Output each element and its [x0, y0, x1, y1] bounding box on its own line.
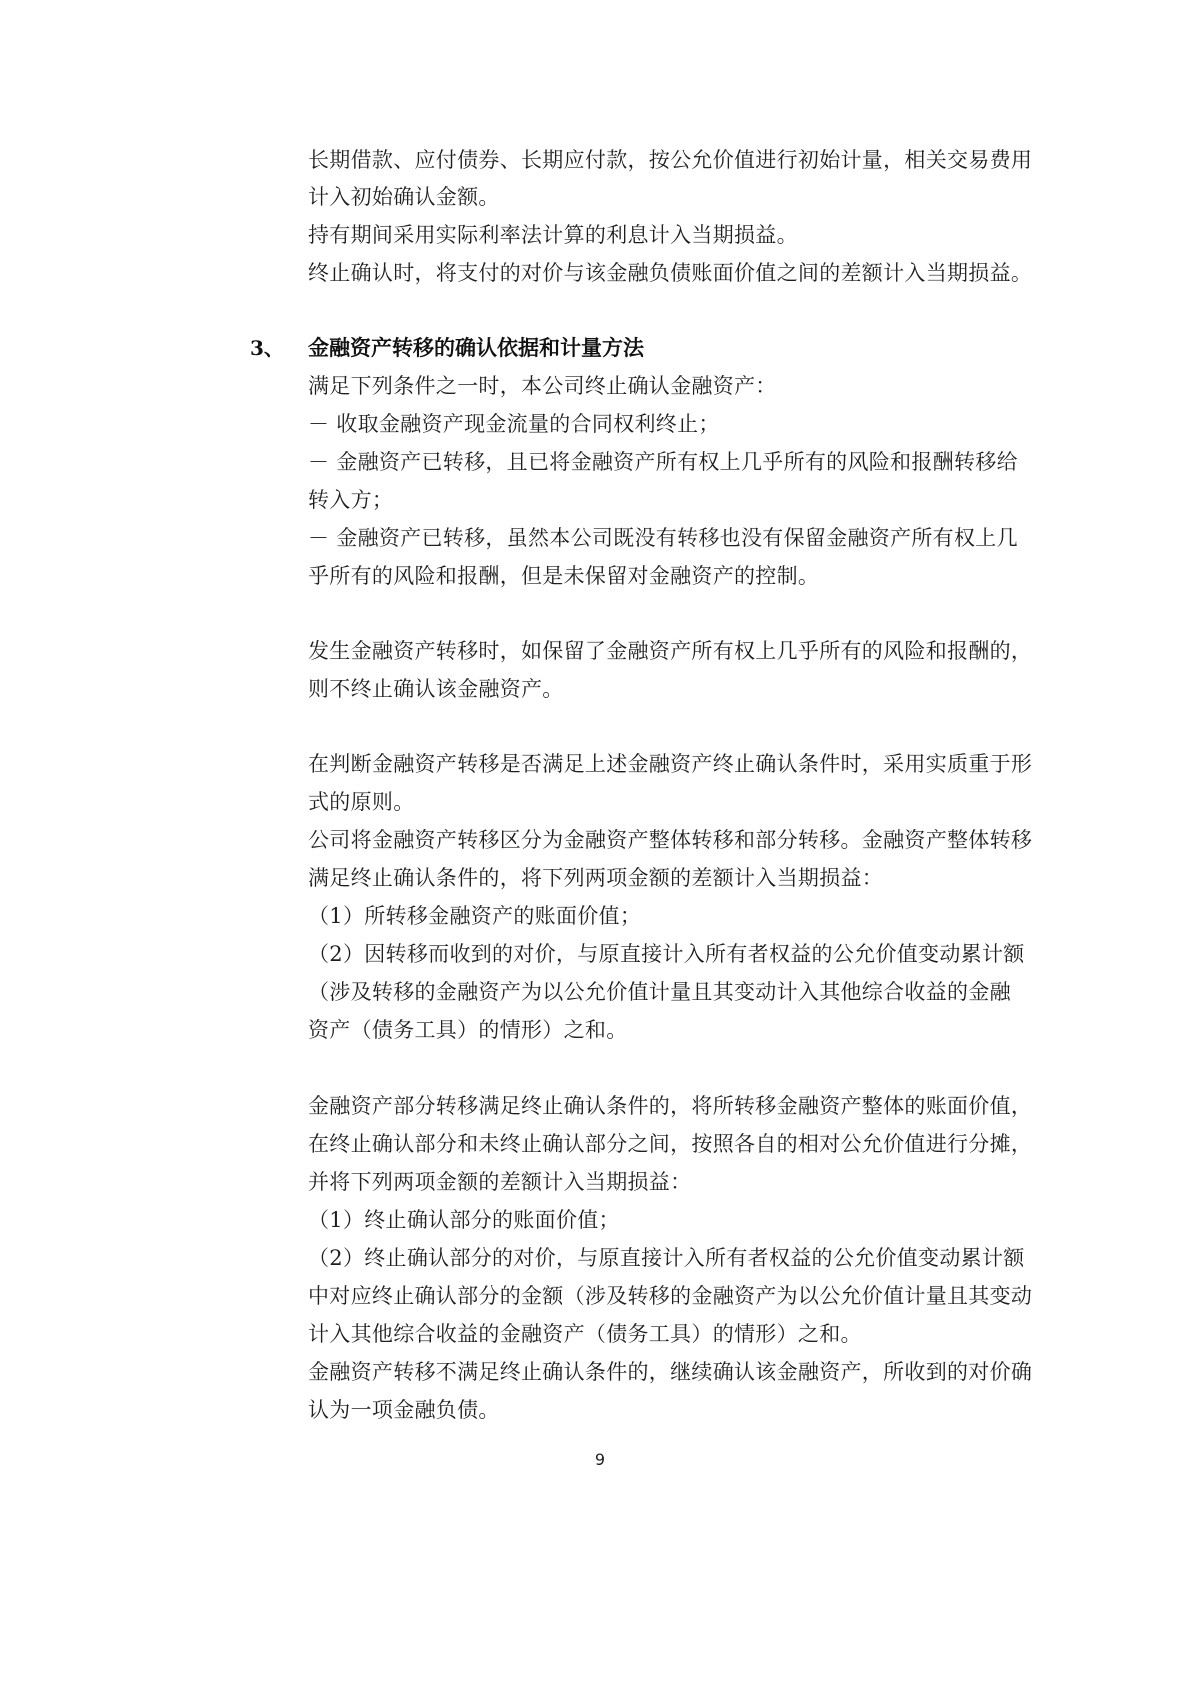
document-page: 长期借款、应付债券、长期应付款，按公允价值进行初始计量，相关交易费用 计入初始确… [0, 0, 1200, 1696]
judgement-line-7: （涉及转移的金融资产为以公允价值计量且其变动计入其他综合收益的金融 [308, 978, 1011, 1006]
intro-line-2: 计入初始确认金额。 [308, 183, 500, 211]
retained-line-1: 发生金融资产转移时，如保留了金融资产所有权上几乎所有的风险和报酬的， [308, 637, 1032, 665]
partial-line-9: 认为一项金融负债。 [308, 1396, 500, 1424]
page-number: 9 [0, 1450, 1200, 1469]
conditions-line-5: － 金融资产已转移，虽然本公司既没有转移也没有保留金融资产所有权上几 [308, 524, 1018, 552]
retained-line-2: 则不终止确认该金融资产。 [308, 675, 564, 703]
intro-line-1: 长期借款、应付债券、长期应付款，按公允价值进行初始计量，相关交易费用 [308, 146, 1032, 174]
conditions-line-1: 满足下列条件之一时，本公司终止确认金融资产： [308, 372, 777, 400]
conditions-line-6: 乎所有的风险和报酬，但是未保留对金融资产的控制。 [308, 562, 819, 590]
intro-line-4: 终止确认时，将支付的对价与该金融负债账面价值之间的差额计入当期损益。 [308, 259, 1032, 287]
intro-line-3: 持有期间采用实际利率法计算的利息计入当期损益。 [308, 221, 798, 249]
judgement-line-5: （1）所转移金融资产的账面价值； [308, 902, 641, 930]
judgement-line-3: 公司将金融资产转移区分为金融资产整体转移和部分转移。金融资产整体转移 [308, 826, 1032, 854]
partial-line-6: 中对应终止确认部分的金额（涉及转移的金融资产为以公允价值计量且其变动 [308, 1282, 1032, 1310]
judgement-line-6: （2）因转移而收到的对价，与原直接计入所有者权益的公允价值变动累计额 [308, 940, 1025, 968]
partial-line-2: 在终止确认部分和未终止确认部分之间，按照各自的相对公允价值进行分摊， [308, 1130, 1032, 1158]
conditions-line-4: 转入方； [308, 486, 393, 514]
conditions-line-3: － 金融资产已转移，且已将金融资产所有权上几乎所有的风险和报酬转移给 [308, 448, 1018, 476]
judgement-line-4: 满足终止确认条件的，将下列两项金额的差额计入当期损益： [308, 864, 883, 892]
partial-line-8: 金融资产转移不满足终止确认条件的，继续确认该金融资产，所收到的对价确 [308, 1358, 1032, 1386]
partial-line-4: （1）终止确认部分的账面价值； [308, 1206, 620, 1234]
judgement-line-1: 在判断金融资产转移是否满足上述金融资产终止确认条件时，采用实质重于形 [308, 750, 1032, 778]
section-title: 金融资产转移的确认依据和计量方法 [308, 334, 644, 362]
judgement-line-8: 资产（债务工具）的情形）之和。 [308, 1016, 628, 1044]
partial-line-1: 金融资产部分转移满足终止确认条件的，将所转移金融资产整体的账面价值， [308, 1092, 1032, 1120]
section-number: 3、 [250, 334, 284, 362]
partial-line-3: 并将下列两项金额的差额计入当期损益： [308, 1168, 691, 1196]
partial-line-5: （2）终止确认部分的对价，与原直接计入所有者权益的公允价值变动累计额 [308, 1244, 1025, 1272]
partial-line-7: 计入其他综合收益的金融资产（债务工具）的情形）之和。 [308, 1320, 862, 1348]
conditions-line-2: － 收取金融资产现金流量的合同权利终止； [308, 410, 720, 438]
judgement-line-2: 式的原则。 [308, 788, 415, 816]
